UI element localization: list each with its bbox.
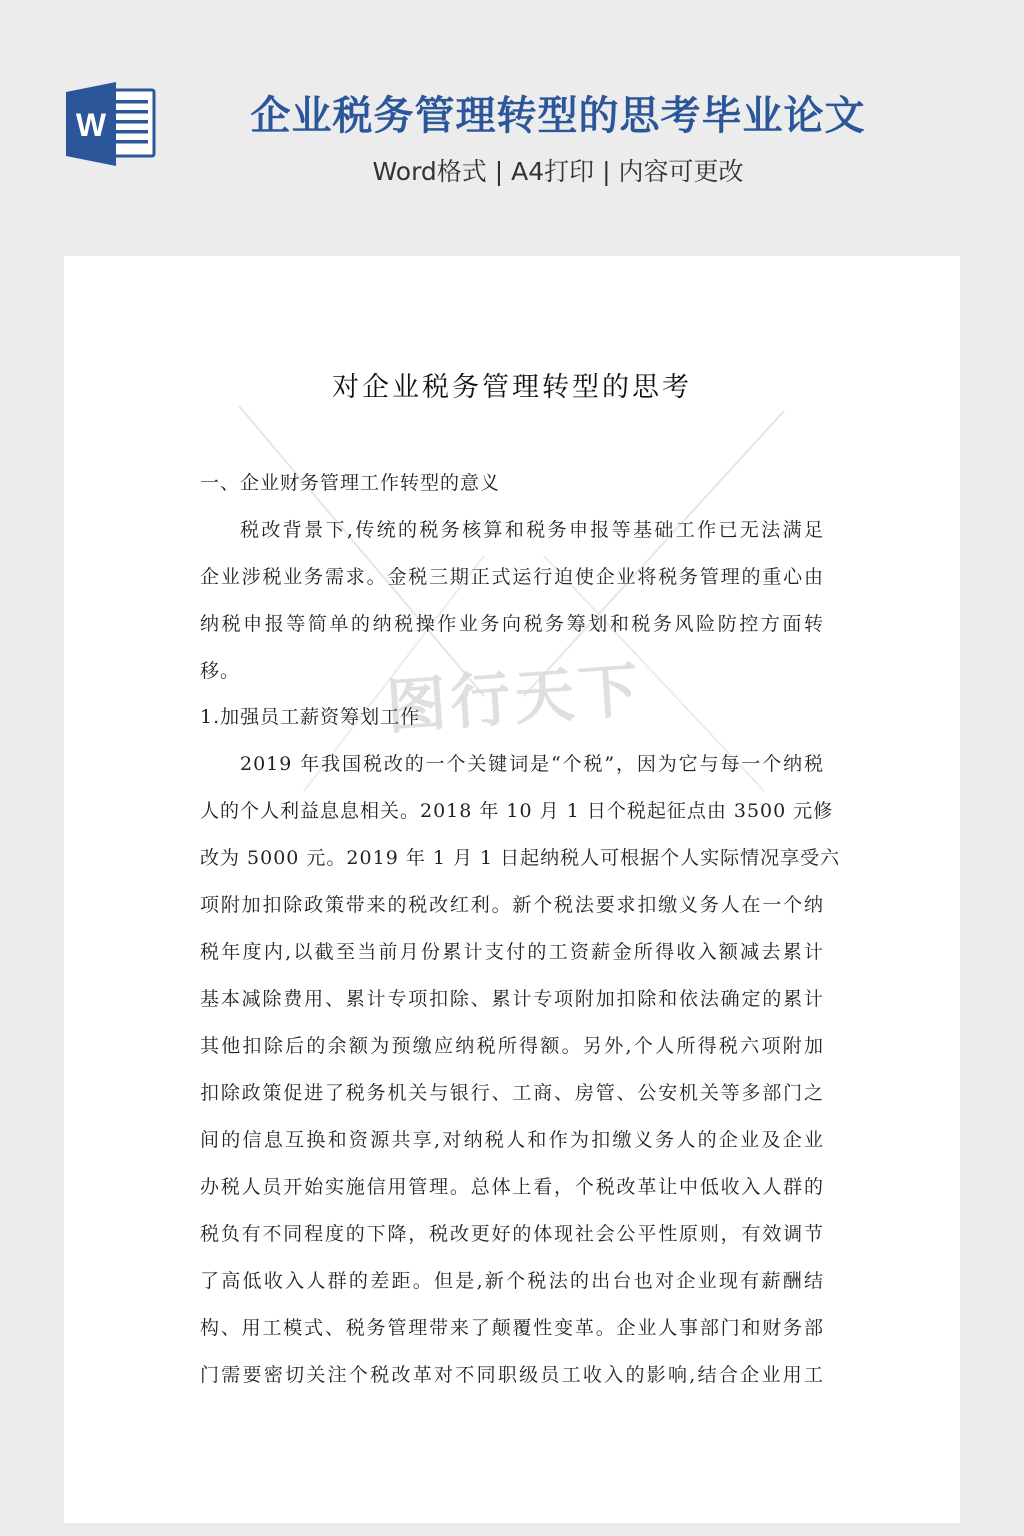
document-title: 对企业税务管理转型的思考 <box>64 366 960 410</box>
word-document-icon: W <box>64 80 158 166</box>
paragraph-line: 项附加扣除政策带来的税改红利。新个税法要求扣缴义务人在一个纳 <box>200 890 824 920</box>
document-page: 图行天下 对企业税务管理转型的思考 一、企业财务管理工作转型的意义 税改背景下,… <box>64 256 960 1523</box>
paragraph-line: 改为 5000 元。2019 年 1 月 1 日起纳税人可根据个人实际情况享受六 <box>200 843 824 873</box>
paragraph-line: 税负有不同程度的下降，税改更好的体现社会公平性原则，有效调节 <box>200 1219 824 1249</box>
paragraph-line: 税改背景下,传统的税务核算和税务申报等基础工作已无法满足 <box>240 515 824 545</box>
banner-title: 企业税务管理转型的思考毕业论文 <box>240 88 876 144</box>
paragraph-line: 构、用工模式、税务管理带来了颠覆性变革。企业人事部门和财务部 <box>200 1313 824 1343</box>
banner-header: W 企业税务管理转型的思考毕业论文 Word格式 | A4打印 | 内容可更改 <box>0 0 1024 256</box>
section-heading: 一、企业财务管理工作转型的意义 <box>200 468 824 498</box>
paragraph-line: 纳税申报等简单的纳税操作业务向税务筹划和税务风险防控方面转 <box>200 609 824 639</box>
paragraph-line: 间的信息互换和资源共享,对纳税人和作为扣缴义务人的企业及企业 <box>200 1125 824 1155</box>
paragraph-line: 门需要密切关注个税改革对不同职级员工收入的影响,结合企业用工 <box>200 1360 824 1390</box>
banner-subtitle: Word格式 | A4打印 | 内容可更改 <box>240 152 876 192</box>
paragraph-line: 了高低收入人群的差距。但是,新个税法的出台也对企业现有薪酬结 <box>200 1266 824 1296</box>
paragraph-line: 基本减除费用、累计专项扣除、累计专项附加扣除和依法确定的累计 <box>200 984 824 1014</box>
paragraph-line: 办税人员开始实施信用管理。总体上看，个税改革让中低收入人群的 <box>200 1172 824 1202</box>
paragraph-line: 移。 <box>200 656 824 686</box>
paragraph-line: 企业涉税业务需求。金税三期正式运行迫使企业将税务管理的重心由 <box>200 562 824 592</box>
paragraph-line: 人的个人利益息息相关。2018 年 10 月 1 日个税起征点由 3500 元修 <box>200 796 824 826</box>
svg-text:W: W <box>76 107 107 143</box>
paragraph-line: 2019 年我国税改的一个关键词是“个税”，因为它与每一个纳税 <box>240 749 824 779</box>
paragraph-line: 扣除政策促进了税务机关与银行、工商、房管、公安机关等多部门之 <box>200 1078 824 1108</box>
paragraph-line: 税年度内,以截至当前月份累计支付的工资薪金所得收入额减去累计 <box>200 937 824 967</box>
subsection-heading: 1.加强员工薪资筹划工作 <box>200 702 824 732</box>
paragraph-line: 其他扣除后的余额为预缴应纳税所得额。另外,个人所得税六项附加 <box>200 1031 824 1061</box>
